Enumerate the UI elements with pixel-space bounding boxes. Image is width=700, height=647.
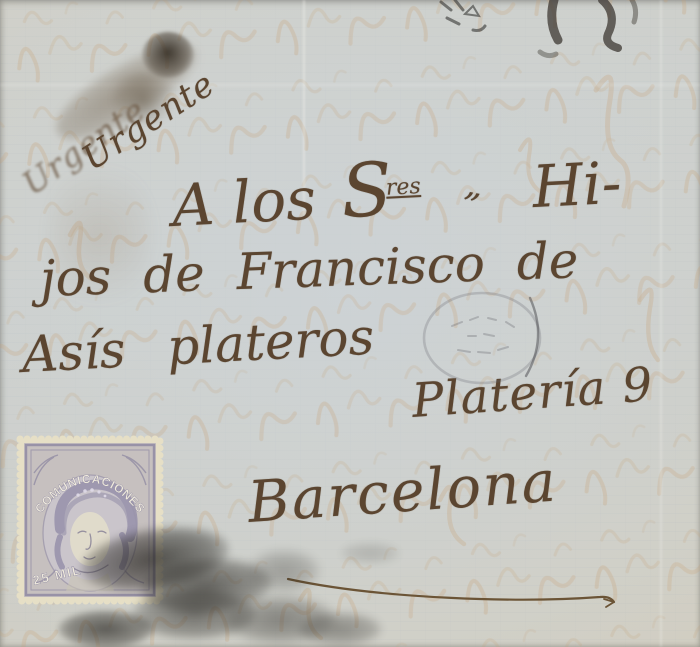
- cancellation-smudge-6: [248, 550, 320, 592]
- paper-crease-vertical-right: [660, 0, 662, 647]
- cancellation-speckle: [340, 542, 400, 564]
- address-line1-suffix: Hi-: [531, 149, 623, 222]
- ink-smear-dark-tip: [142, 32, 194, 78]
- postal-cover-scan: Urgente Urgente A losSres„Hi- jos de Fra…: [0, 0, 700, 647]
- address-line1-prefix: A los: [170, 165, 317, 240]
- ink-marks-top-right: [536, 0, 666, 90]
- cancellation-smudge-7: [298, 612, 382, 646]
- address-line1-ditto-mark: „: [462, 164, 487, 207]
- circular-datestamp-faint: [412, 288, 562, 393]
- address-line1-superscript: res: [385, 174, 421, 201]
- partial-datestamp-top: [425, 0, 515, 48]
